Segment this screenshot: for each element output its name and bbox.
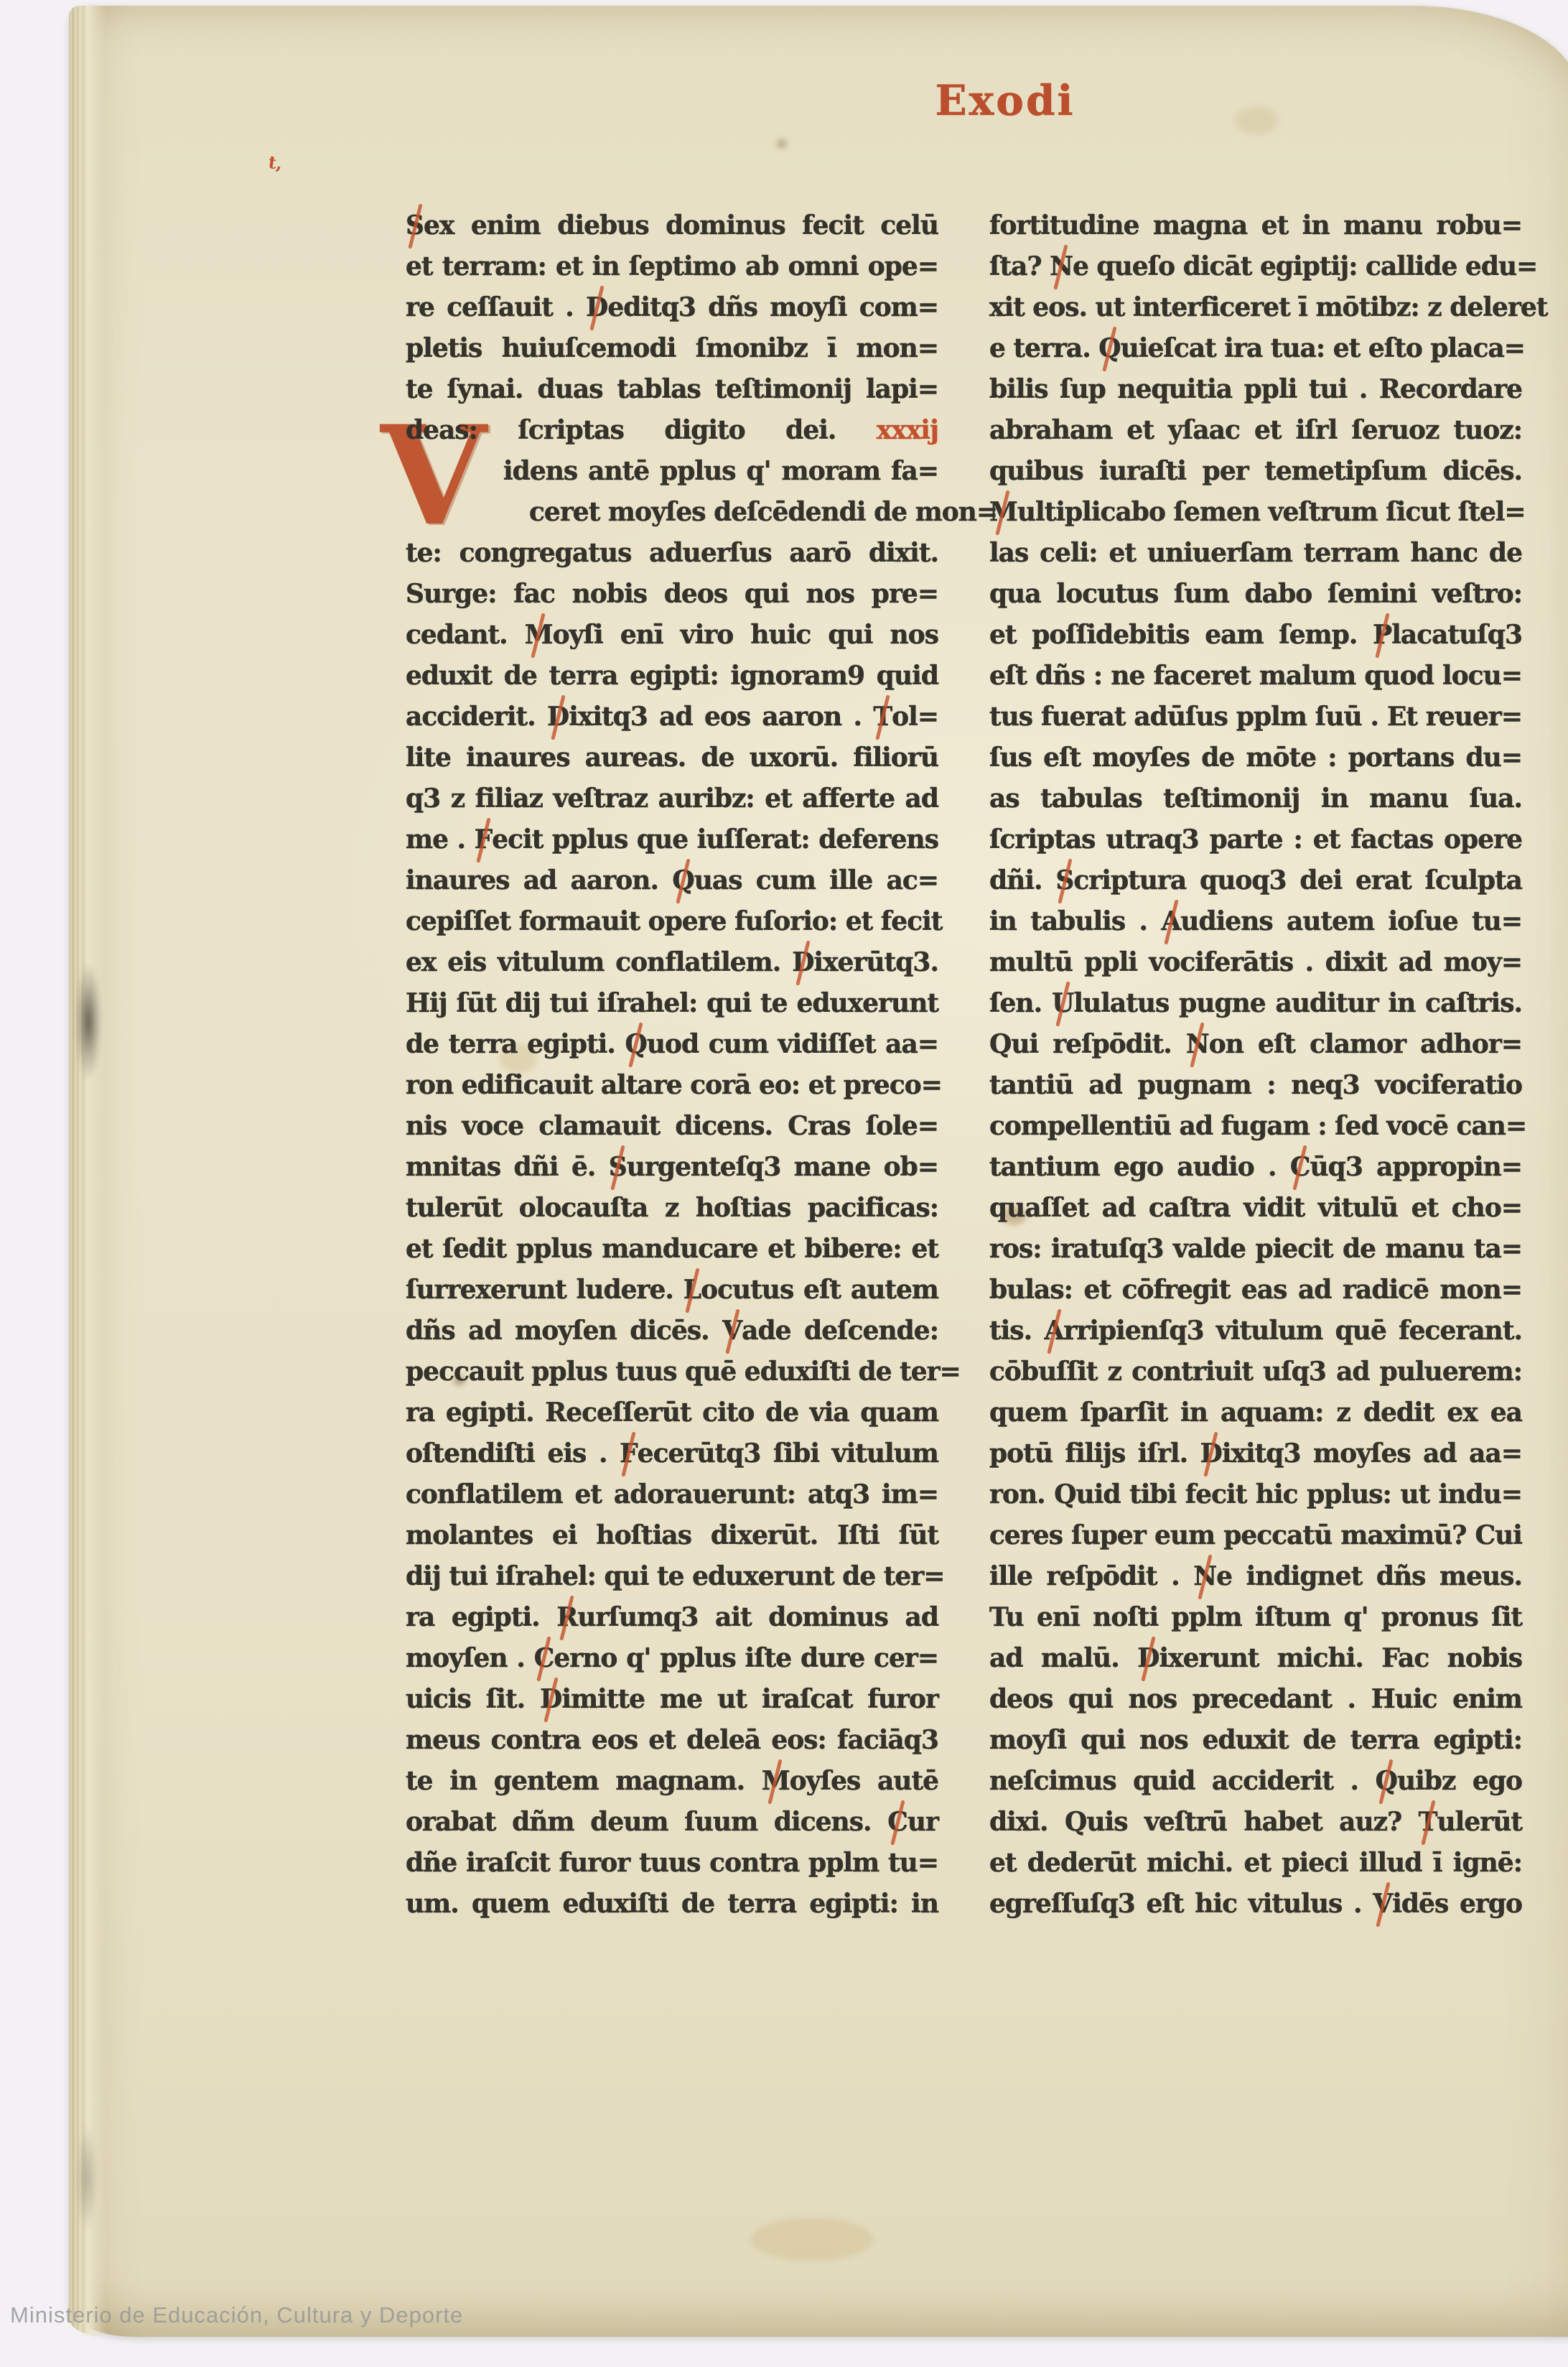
text-line: eduxit de terra egipti: ignoram9 quid: [406, 656, 938, 697]
gutter-ink-smudge: [75, 962, 102, 1081]
text-line: ſurrexerunt ludere. Locutus eſt autem: [406, 1270, 938, 1311]
text-segment: Rurſumq3 ait dominus ad: [556, 1602, 938, 1632]
text-line: ſus eſt moyſes de mōte : portans du=: [989, 738, 1522, 778]
text-segment: orabat dñm deum ſuum dicens.: [406, 1807, 887, 1837]
text-segment: bulas: et cōfregit eas ad radicē mon=: [989, 1275, 1522, 1305]
text-line: in tabulis . Audiens autem ioſue tu=: [989, 901, 1522, 942]
text-segment: tis.: [989, 1316, 1044, 1346]
text-segment: multū ppli vociferātis . dixit ad moy=: [989, 947, 1522, 977]
text-line: ille reſpōdit . Ne indignet dñs meus.: [989, 1556, 1522, 1597]
text-segment: e terra.: [989, 333, 1098, 363]
text-line: tulerūt olocauſta z hoſtias pacificas:: [406, 1188, 938, 1229]
text-segment: deas: ſcriptas digito dei.: [406, 415, 877, 445]
watermark: Ministerio de Educación, Cultura y Depor…: [10, 2302, 463, 2328]
text-segment: Tu enī noſti pplm iſtum q' pronus ſit: [989, 1602, 1522, 1632]
text-segment: Fecit pplus que iuſſerat: deferens: [475, 824, 938, 855]
text-line: las celi: et uniuerſam terram hanc de: [989, 533, 1522, 574]
text-line: dñi. Scriptura quoq3 dei erat ſculpta: [989, 860, 1522, 901]
text-segment: inaures ad aaron.: [406, 865, 672, 896]
text-segment: dixi.: [989, 1807, 1065, 1837]
rubricated-capital: L: [683, 1270, 701, 1311]
text-segment: dij tui iſrahel: qui te eduxerunt de ter…: [406, 1561, 944, 1591]
text-segment: Huic enim: [1371, 1684, 1522, 1714]
text-line: peccauit pplus tuus quē eduxiſti de ter=: [406, 1352, 938, 1392]
rubricated-capital: U: [1052, 983, 1073, 1024]
text-line: lite inaures aureas. de uxorū. filiorū: [406, 738, 938, 778]
rubricated-capital: R: [556, 1597, 577, 1638]
text-line: deas: ſcriptas digito dei. xxxij: [406, 410, 938, 451]
rubricated-capital: D: [540, 1679, 561, 1720]
text-segment: et dederūt michi. et pieci illud ī ignē:: [989, 1848, 1522, 1878]
text-line: ron. Quid tibi fecit hic pplus: ut indu=: [989, 1474, 1522, 1515]
text-segment: cōbuſſit z contriuit uſq3 ad puluerem:: [989, 1357, 1522, 1387]
text-segment: Cras ſole=: [788, 1111, 938, 1141]
text-line: eſt dñs : ne faceret malum quod locu=: [989, 656, 1522, 697]
rubricated-capital: C: [534, 1638, 554, 1679]
gutter-ink-smudge: [76, 2124, 98, 2232]
rubricated-capital: D: [1200, 1433, 1222, 1474]
text-segment: te: congregatus aduerſus aarō dixit.: [406, 538, 938, 568]
text-segment: bilis ſup nequitia ppli tui .: [989, 374, 1379, 404]
running-title: Exodi: [887, 76, 1124, 125]
rubricated-capital: S: [406, 205, 424, 246]
parchment-stain: [777, 139, 787, 148]
text-segment: eduxit de terra egipti: ignoram9 quid: [406, 661, 938, 691]
text-segment: egreſſuſq3 eſt hic vitulus .: [989, 1889, 1373, 1919]
text-line: egreſſuſq3 eſt hic vitulus . Vidēs ergo: [989, 1884, 1522, 1925]
text-line: fortitudine magna et in manu robu=: [989, 205, 1522, 246]
text-line: um. quem eduxiſti de terra egipti: in: [406, 1884, 938, 1925]
rubricated-capital: C: [887, 1802, 907, 1843]
text-line: ron edificauit altare corā eo: et preco=: [406, 1065, 938, 1106]
rubricated-capital: M: [989, 492, 1017, 533]
text-segment: acciderit.: [406, 702, 547, 732]
text-segment: Dixitq3 ad eos aaron .: [547, 702, 873, 732]
text-line: ad malū. Dixerunt michi. Fac nobis: [989, 1638, 1522, 1679]
text-segment: Quibz ego: [1376, 1766, 1522, 1796]
text-line: et terram: et in ſeptimo ab omni ope=: [406, 246, 938, 287]
text-segment: Surge: fac nobis deos qui nos pre=: [406, 579, 938, 609]
text-segment: tulerūt olocauſta z hoſtias pacificas:: [406, 1193, 938, 1223]
text-segment: idens antē pplus q' moram fa=: [503, 456, 938, 486]
text-line: ros: iratuſq3 valde piecit de manu ta=: [989, 1229, 1522, 1270]
text-segment: te ſynai. duas tablas teſtimonij lapi=: [406, 374, 938, 404]
rubricated-capital: D: [792, 942, 813, 983]
text-segment: tus fuerat adūſus pplm ſuū .: [989, 702, 1387, 732]
text-line: orabat dñm deum ſuum dicens. Cur: [406, 1802, 938, 1843]
text-segment: Fac nobis: [1381, 1643, 1522, 1673]
rubricated-capital: N: [1193, 1556, 1216, 1597]
text-segment: neſcimus quid acciderit .: [989, 1766, 1376, 1796]
text-segment: Audiens autem ioſue tu=: [1161, 906, 1522, 936]
text-line: et ſedit pplus manducare et bibere: et: [406, 1229, 938, 1270]
text-line: quaſſet ad caſtra vidit vitulū et cho=: [989, 1188, 1522, 1229]
text-segment: ceres ſuper eum peccatū maximū?: [989, 1520, 1475, 1550]
text-line: dij tui iſrahel: qui te eduxerunt de ter…: [406, 1556, 938, 1597]
text-segment: ad malū.: [989, 1643, 1137, 1673]
text-segment: Recordare: [1379, 374, 1522, 404]
text-line: dñs ad moyſen dicēs. Vade deſcende:: [406, 1311, 938, 1352]
text-line: quibus iuraſti per temetipſum dicēs.: [989, 451, 1522, 492]
text-line: nis voce clamauit dicens. Cras ſole=: [406, 1106, 938, 1147]
text-segment: Vidēs ergo: [1373, 1889, 1522, 1919]
text-segment: Ne indignet dñs meus.: [1193, 1561, 1522, 1591]
text-segment: moyſi qui nos eduxit de terra egipti:: [989, 1725, 1522, 1755]
text-segment: las celi: et uniuerſam terram hanc de: [989, 538, 1522, 568]
text-line: te: congregatus aduerſus aarō dixit.: [406, 533, 938, 574]
text-segment: Multiplicabo ſemen veſtrum ſicut ſtel=: [989, 497, 1526, 527]
text-segment: Iſti ſūt: [837, 1520, 938, 1550]
text-line: xit eos. ut interficeret ī mōtibz: z del…: [989, 287, 1522, 328]
text-segment: tantium ego audio .: [989, 1152, 1290, 1182]
text-segment: pletis huiuſcemodi ſmonibz ī mon=: [406, 333, 938, 363]
text-segment: ſen.: [989, 988, 1052, 1018]
rubricated-capital: A: [1161, 901, 1180, 942]
text-line: de terra egipti. Quod cum vidiſſet aa=: [406, 1024, 938, 1065]
text-segment: te in gentem magnam.: [406, 1766, 762, 1796]
text-line: ceret moyſes deſcēdendi de mon=: [406, 492, 938, 533]
rubricated-capital: F: [475, 819, 493, 860]
rubricated-capital: D: [1137, 1638, 1159, 1679]
text-segment: Sex enim diebus dominus fecit celū: [406, 210, 938, 241]
text-segment: Scriptura quoq3 dei erat ſculpta: [1055, 865, 1522, 896]
text-segment: re ceſſauit .: [406, 292, 586, 322]
text-segment: Locutus eſt autem: [683, 1275, 938, 1305]
text-line: tantium ego audio . Cūq3 appropin=: [989, 1147, 1522, 1188]
text-segment: ra egipti.: [406, 1398, 545, 1428]
text-segment: cedant.: [406, 620, 525, 650]
text-line: neſcimus quid acciderit . Quibz ego: [989, 1761, 1522, 1802]
text-line: bulas: et cōfregit eas ad radicē mon=: [989, 1270, 1522, 1311]
text-segment: Tol=: [873, 702, 938, 732]
text-line: meus contra eos et deleā eos: faciāq3: [406, 1720, 938, 1761]
text-segment: me .: [406, 824, 475, 855]
text-line: cedant. Moyſi enī viro huic qui nos: [406, 615, 938, 656]
rubricated-capital: Q: [625, 1024, 646, 1065]
text-segment: lite inaures aureas. de uxorū. filiorū: [406, 743, 938, 773]
text-segment: meus contra eos et deleā eos: faciāq3: [406, 1725, 938, 1755]
text-segment: Dixitq3 moyſes ad aa=: [1200, 1438, 1522, 1469]
text-segment: Fecerūtq3 ſibi vitulum: [620, 1438, 938, 1469]
text-line: moyſi qui nos eduxit de terra egipti:: [989, 1720, 1522, 1761]
binding-gutter-edges: [69, 6, 106, 2337]
text-line: abraham et yſaac et iſrl ſeruoz tuoz:: [989, 410, 1522, 451]
text-line: cepiſſet formauit opere fuſorio: et feci…: [406, 901, 938, 942]
text-segment: um. quem eduxiſti de terra egipti: in: [406, 1889, 938, 1919]
rubricated-capital: D: [547, 697, 569, 738]
text-segment: Quod cum vidiſſet aa=: [625, 1029, 938, 1059]
text-line: oſtendiſti eis . Fecerūtq3 ſibi vitulum: [406, 1433, 938, 1474]
text-segment: as tabulas teſtimonij in manu ſua.: [989, 783, 1522, 814]
text-segment: dñs ad moyſen dicēs.: [406, 1316, 722, 1346]
text-line: Qui reſpōdit. Non eſt clamor adhor=: [989, 1024, 1522, 1065]
rubricated-capital: Q: [1098, 328, 1120, 369]
text-line: dñe iraſcit furor tuus contra pplm tu=: [406, 1843, 938, 1884]
text-line: ra egipti. Rurſumq3 ait dominus ad: [406, 1597, 938, 1638]
text-segment: tantiū ad pugnam : neq3 vociferatio: [989, 1070, 1522, 1100]
rubricated-capital: N: [1050, 246, 1073, 287]
text-line: e terra. Quieſcat ira tua: et eſto placa…: [989, 328, 1522, 369]
text-line: pletis huiuſcemodi ſmonibz ī mon=: [406, 328, 938, 369]
text-line: ſta? Ne queſo dicāt egiptij: callide edu…: [989, 246, 1522, 287]
text-line: Tu enī noſti pplm iſtum q' pronus ſit: [989, 1597, 1522, 1638]
text-segment: Vade deſcende:: [722, 1316, 938, 1346]
manuscript-page: Exodi t, V Sex enim diebus dominus fecit…: [69, 6, 1568, 2337]
text-segment: de terra egipti.: [406, 1029, 625, 1059]
text-segment: ex eis vitulum conflatilem.: [406, 947, 792, 977]
text-line: potū filijs iſrl. Dixitq3 moyſes ad aa=: [989, 1433, 1522, 1474]
text-segment: ſcriptas utraq3 parte : et factas opere: [989, 824, 1522, 855]
text-line: ra egipti. Receſſerūt cito de via quam: [406, 1392, 938, 1433]
text-segment: Moyſi enī viro huic qui nos: [525, 620, 938, 650]
text-segment: abraham et yſaac et iſrl ſeruoz tuoz:: [989, 415, 1522, 445]
rubricated-capital: A: [1044, 1311, 1063, 1352]
text-segment: ille reſpōdit .: [989, 1561, 1193, 1591]
text-segment: mnitas dñi ē.: [406, 1152, 609, 1182]
rubricated-capital: D: [586, 287, 607, 328]
text-line: tus fuerat adūſus pplm ſuū . Et reuer=: [989, 697, 1522, 738]
text-segment: Cur: [887, 1807, 938, 1837]
rubricated-capital: P: [1373, 615, 1391, 656]
text-segment: Receſſerūt cito de via quam: [545, 1398, 938, 1428]
text-line: idens antē pplus q' moram fa=: [406, 451, 938, 492]
text-line: Multiplicabo ſemen veſtrum ſicut ſtel=: [989, 492, 1522, 533]
text-segment: et poſſidebitis eam ſemp.: [989, 620, 1373, 650]
column-left: Sex enim diebus dominus fecit celūet ter…: [406, 205, 938, 1925]
text-line: cōbuſſit z contriuit uſq3 ad puluerem:: [989, 1352, 1522, 1392]
rubricated-capital: T: [873, 697, 892, 738]
text-line: re ceſſauit . Deditq3 dñs moyſi com=: [406, 287, 938, 328]
text-segment: uicis ſit.: [406, 1684, 540, 1714]
text-segment: Cūq3 appropin=: [1290, 1152, 1522, 1182]
text-line: bilis ſup nequitia ppli tui . Recordare: [989, 369, 1522, 410]
text-line: acciderit. Dixitq3 ad eos aaron . Tol=: [406, 697, 938, 738]
text-segment: Tulerūt: [1419, 1807, 1522, 1837]
text-line: as tabulas teſtimonij in manu ſua.: [989, 778, 1522, 819]
margin-annotation: t,: [267, 152, 284, 174]
text-line: quem ſparſit in aquam: z dedit ex ea: [989, 1392, 1522, 1433]
text-segment: et terram: et in ſeptimo ab omni ope=: [406, 251, 938, 282]
parchment-stain: [1235, 106, 1278, 135]
text-line: te ſynai. duas tablas teſtimonij lapi=: [406, 369, 938, 410]
text-segment: q3 z filiaz veſtraz auribz: et afferte a…: [406, 783, 938, 814]
text-segment: quibus iuraſti per temetipſum dicēs.: [989, 456, 1522, 486]
text-segment: Ululatus pugne auditur in caſtris.: [1052, 988, 1522, 1018]
rubricated-capital: Q: [672, 860, 694, 901]
text-line: ex eis vitulum conflatilem. Dixerūtq3.: [406, 942, 938, 983]
rubricated-capital: S: [1055, 860, 1073, 901]
text-segment: Moyſes autē: [762, 1766, 938, 1796]
text-line: conflatilem et adorauerunt: atq3 im=: [406, 1474, 938, 1515]
text-line: te in gentem magnam. Moyſes autē: [406, 1761, 938, 1802]
text-segment: in tabulis .: [989, 906, 1161, 936]
text-segment: ſurrexerunt ludere.: [406, 1275, 683, 1305]
text-line: moyſen . Cerno q' pplus iſte dure cer=: [406, 1638, 938, 1679]
text-segment: ſus eſt moyſes de mōte : portans du=: [989, 743, 1522, 773]
text-line: molantes ei hoſtias dixerūt. Iſti ſūt: [406, 1515, 938, 1556]
rubricated-capital: V: [722, 1311, 742, 1352]
rubricated-capital: T: [1419, 1802, 1437, 1843]
text-segment: potū filijs iſrl.: [989, 1438, 1200, 1469]
text-segment: moyſen .: [406, 1643, 534, 1673]
text-line: multū ppli vociferātis . dixit ad moy=: [989, 942, 1522, 983]
text-segment: Hij ſūt dij tui iſrahel: qui te eduxerun…: [406, 988, 938, 1018]
text-segment: Dimitte me ut iraſcat furor: [540, 1684, 938, 1714]
text-line: qua locutus ſum dabo ſemini veſtro:: [989, 574, 1522, 615]
text-segment: Cerno q' pplus iſte dure cer=: [534, 1643, 938, 1673]
text-segment: Dixerunt michi.: [1137, 1643, 1381, 1673]
text-line: et poſſidebitis eam ſemp. Placatuſq3: [989, 615, 1522, 656]
text-segment: Quas cum ille ac=: [672, 865, 938, 896]
text-segment: et ſedit pplus manducare et bibere: et: [406, 1234, 938, 1264]
text-segment: Surgenteſq3 mane ob=: [609, 1152, 938, 1182]
text-line: me . Fecit pplus que iuſſerat: deferens: [406, 819, 938, 860]
text-segment: quaſſet ad caſtra vidit vitulū et cho=: [989, 1193, 1522, 1223]
text-line: ſcriptas utraq3 parte : et factas opere: [989, 819, 1522, 860]
text-segment: eſt dñs : ne faceret malum quod locu=: [989, 661, 1522, 691]
rubricated-capital: V: [1373, 1884, 1392, 1925]
rubricated-capital: M: [525, 615, 553, 656]
text-segment: molantes ei hoſtias dixerūt.: [406, 1520, 837, 1550]
text-segment: Arripienſq3 vitulum quē fecerant.: [1044, 1316, 1522, 1346]
rubricated-capital: S: [609, 1147, 627, 1188]
text-segment: Non eſt clamor adhor=: [1186, 1029, 1522, 1059]
text-segment: fortitudine magna et in manu robu=: [989, 210, 1522, 241]
text-segment: Et reuer=: [1387, 702, 1522, 732]
text-segment: Quis veſtrū habet auz?: [1065, 1807, 1419, 1837]
text-segment: compellentiū ad fugam : ſed vocē can=: [989, 1111, 1526, 1141]
text-line: compellentiū ad fugam : ſed vocē can=: [989, 1106, 1522, 1147]
text-segment: ron edificauit altare corā eo: et preco=: [406, 1070, 942, 1100]
text-segment: Cui: [1475, 1520, 1522, 1550]
text-segment: xit eos. ut interficeret ī mōtibz: z del…: [989, 292, 1547, 322]
text-line: ſen. Ululatus pugne auditur in caſtris.: [989, 983, 1522, 1024]
rubricated-capital: M: [762, 1761, 790, 1802]
text-line: Hij ſūt dij tui iſrahel: qui te eduxerun…: [406, 983, 938, 1024]
text-line: et dederūt michi. et pieci illud ī ignē:: [989, 1843, 1522, 1884]
rubricated-capital: C: [1290, 1147, 1310, 1188]
text-segment: Qui reſpōdit.: [989, 1029, 1186, 1059]
rubricated-capital: N: [1186, 1024, 1209, 1065]
text-line: deos qui nos precedant . Huic enim: [989, 1679, 1522, 1720]
text-segment: Placatuſq3: [1373, 620, 1522, 650]
text-line: ceres ſuper eum peccatū maximū? Cui: [989, 1515, 1522, 1556]
text-segment: quem ſparſit in aquam: z dedit ex ea: [989, 1398, 1522, 1428]
text-segment: Dixerūtq3.: [792, 947, 938, 977]
text-segment: nis voce clamauit dicens.: [406, 1111, 788, 1141]
text-line: tantiū ad pugnam : neq3 vociferatio: [989, 1065, 1522, 1106]
text-segment: Quieſcat ira tua: et eſto placa=: [1098, 333, 1525, 363]
text-segment: dñe iraſcit furor tuus contra pplm tu=: [406, 1848, 938, 1878]
text-line: dixi. Quis veſtrū habet auz? Tulerūt: [989, 1802, 1522, 1843]
text-segment: ceret moyſes deſcēdendi de mon=: [529, 497, 997, 527]
rubricated-capital: Q: [1376, 1761, 1397, 1802]
text-line: inaures ad aaron. Quas cum ille ac=: [406, 860, 938, 901]
rubricated-capital: F: [620, 1433, 638, 1474]
text-segment: oſtendiſti eis .: [406, 1438, 620, 1469]
text-segment: ros: iratuſq3 valde piecit de manu ta=: [989, 1234, 1522, 1264]
parchment-stain: [751, 2218, 873, 2261]
text-segment: qua locutus ſum dabo ſemini veſtro:: [989, 579, 1522, 609]
text-segment: ron.: [989, 1479, 1054, 1510]
text-line: mnitas dñi ē. Surgenteſq3 mane ob=: [406, 1147, 938, 1188]
text-segment: Ne queſo dicāt egiptij: callide edu=: [1050, 251, 1537, 282]
text-line: uicis ſit. Dimitte me ut iraſcat furor: [406, 1679, 938, 1720]
text-line: q3 z filiaz veſtraz auribz: et afferte a…: [406, 778, 938, 819]
text-line: Sex enim diebus dominus fecit celū: [406, 205, 938, 246]
text-segment: ra egipti.: [406, 1602, 556, 1632]
text-segment: Deditq3 dñs moyſi com=: [586, 292, 938, 322]
text-segment: deos qui nos precedant .: [989, 1684, 1371, 1714]
text-segment: conflatilem et adorauerunt: atq3 im=: [406, 1479, 938, 1510]
text-segment: cepiſſet formauit opere fuſorio: et feci…: [406, 906, 942, 936]
text-line: Surge: fac nobis deos qui nos pre=: [406, 574, 938, 615]
chapter-number: xxxij: [877, 415, 938, 445]
text-segment: Quid tibi fecit hic pplus: ut indu=: [1054, 1479, 1522, 1510]
text-segment: peccauit pplus tuus quē eduxiſti de ter=: [406, 1357, 961, 1387]
text-segment: ſta?: [989, 251, 1050, 282]
text-line: tis. Arripienſq3 vitulum quē fecerant.: [989, 1311, 1522, 1352]
text-segment: dñi.: [989, 865, 1055, 896]
column-right: fortitudine magna et in manu robu=ſta? N…: [989, 205, 1522, 1925]
